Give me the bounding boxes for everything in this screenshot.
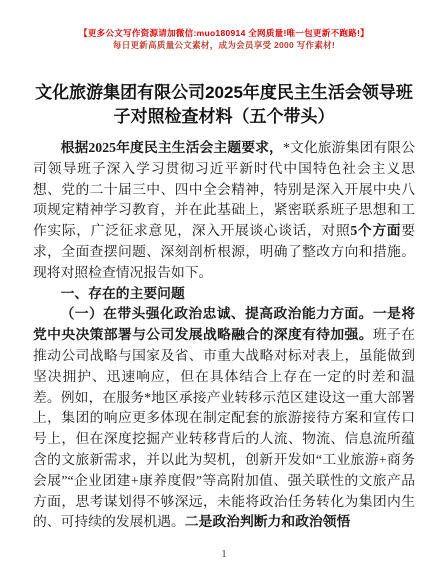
- bold-text-segment: 5个方面: [350, 223, 401, 238]
- paragraph-point-one: （一）在带头强化政治忠诚、提高政治能力方面。一是将党中央决策部署与公司发展战略融…: [33, 304, 415, 533]
- promo-banner-line-1: 【更多公文写作资源请加微信:muo180914 全网质量!唯一包更新不跑路!】: [0, 27, 448, 39]
- bold-text-segment: 一、存在的主要问题: [61, 286, 185, 301]
- bold-text-segment: 根据2025年度民主生活会主题要求，: [61, 140, 283, 155]
- bold-text-segment: （一）在带头强化政治忠诚、提高政治能力方面。一是将党中央决策部署与公司发展战略融…: [33, 306, 415, 342]
- document-title: 文化旅游集团有限公司2025年度民主生活会领导班子对照检查材料（五个带头）: [32, 81, 416, 129]
- document-body: 根据2025年度民主生活会主题要求，*文化旅游集团有限公司领导班子深入学习贯彻习…: [33, 138, 415, 533]
- document-page: 【更多公文写作资源请加微信:muo180914 全网质量!唯一包更新不跑路!】 …: [0, 0, 448, 580]
- promo-banner: 【更多公文写作资源请加微信:muo180914 全网质量!唯一包更新不跑路!】 …: [0, 0, 448, 51]
- text-segment: 班子在推动公司战略与国家及省、市重大战略对标对表上，虽能做到坚决拥护、迅速响应，…: [33, 327, 415, 529]
- paragraph-intro: 根据2025年度民主生活会主题要求，*文化旅游集团有限公司领导班子深入学习贯彻习…: [33, 138, 415, 284]
- section-heading-main-problems: 一、存在的主要问题: [33, 284, 415, 305]
- page-number: 1: [0, 549, 448, 560]
- promo-banner-line-2: 每日更新高质量公文素材，成为会员享受 2000 写作素材!: [0, 39, 448, 51]
- bold-text-segment: 二是政治判断力和政治领悟: [185, 514, 351, 529]
